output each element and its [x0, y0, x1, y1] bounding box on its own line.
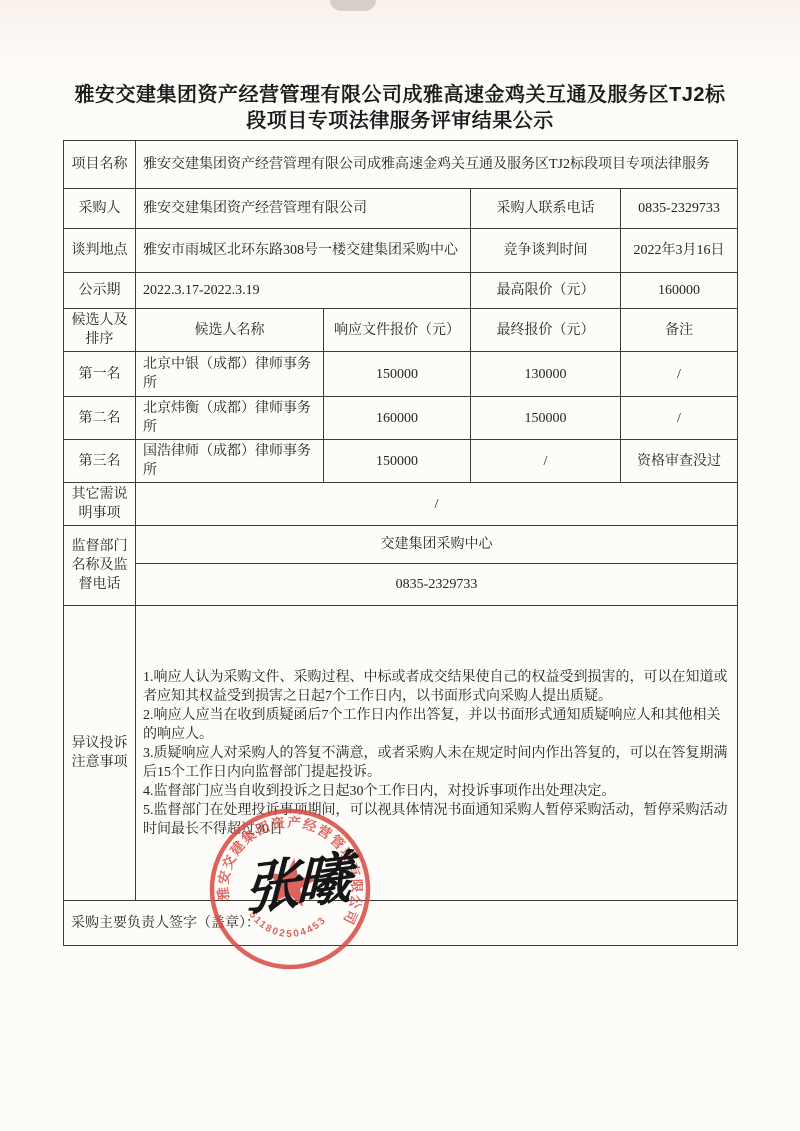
row-objection: 异议投诉注意事项 1.响应人认为采购文件、采购过程、中标或者成交结果使自己的权益… — [64, 606, 738, 901]
header-doc-price: 响应文件报价（元） — [324, 309, 471, 352]
row-other-notes: 其它需说明事项 / — [64, 483, 738, 526]
project-label: 项目名称 — [64, 141, 136, 189]
signature-row-label: 采购主要负责人签字（盖章）： — [64, 901, 738, 946]
header-final-price: 最终报价（元） — [471, 309, 621, 352]
row-signature: 采购主要负责人签字（盖章）： — [64, 901, 738, 946]
supervision-phone: 0835-2329733 — [136, 564, 738, 606]
objection-item-2: 2.响应人应当在收到质疑函后7个工作日内作出答复，并以书面形式通知质疑响应人和其… — [143, 706, 730, 744]
candidate-row-3: 第三名 国浩律师（成都）律师事务所 150000 / 资格审查没过 — [64, 440, 738, 483]
header-candidate-name: 候选人名称 — [136, 309, 324, 352]
objection-label: 异议投诉注意事项 — [64, 606, 136, 901]
candidate-doc-price: 150000 — [324, 440, 471, 483]
title-line-2: 段项目专项法律服务评审结果公示 — [40, 108, 760, 134]
candidate-doc-price: 150000 — [324, 352, 471, 397]
candidate-rank: 第一名 — [64, 352, 136, 397]
candidate-name: 北京炜衡（成都）律师事务所 — [136, 397, 324, 440]
row-supervision-phone: 0835-2329733 — [64, 564, 738, 606]
scan-artifact — [330, 0, 376, 11]
candidate-rank: 第三名 — [64, 440, 136, 483]
title-line-1: 雅安交建集团资产经营管理有限公司成雅高速金鸡关互通及服务区TJ2标 — [40, 82, 760, 108]
objection-text: 1.响应人认为采购文件、采购过程、中标或者成交结果使自己的权益受到损害的，可以在… — [136, 606, 738, 901]
publicity-label: 公示期 — [64, 273, 136, 309]
negotiation-time: 2022年3月16日 — [621, 229, 738, 273]
candidate-remark: / — [621, 352, 738, 397]
candidate-remark: / — [621, 397, 738, 440]
negotiation-label: 谈判地点 — [64, 229, 136, 273]
price-limit-value: 160000 — [621, 273, 738, 309]
candidate-row-1: 第一名 北京中银（成都）律师事务所 150000 130000 / — [64, 352, 738, 397]
other-notes-label: 其它需说明事项 — [64, 483, 136, 526]
row-purchaser: 采购人 雅安交建集团资产经营管理有限公司 采购人联系电话 0835-232973… — [64, 189, 738, 229]
candidate-doc-price: 160000 — [324, 397, 471, 440]
candidate-name: 国浩律师（成都）律师事务所 — [136, 440, 324, 483]
price-limit-label: 最高限价（元） — [471, 273, 621, 309]
row-candidates-header: 候选人及排序 候选人名称 响应文件报价（元） 最终报价（元） 备注 — [64, 309, 738, 352]
other-notes-value: / — [136, 483, 738, 526]
document-page: 雅安交建集团资产经营管理有限公司成雅高速金鸡关互通及服务区TJ2标 段项目专项法… — [0, 0, 800, 1131]
purchaser-phone: 0835-2329733 — [621, 189, 738, 229]
candidate-final-price: / — [471, 440, 621, 483]
objection-item-3: 3.质疑响应人对采购人的答复不满意，或者采购人未在规定时间内作出答复的，可以在答… — [143, 744, 730, 782]
candidate-name: 北京中银（成都）律师事务所 — [136, 352, 324, 397]
supervision-dept: 交建集团采购中心 — [136, 526, 738, 564]
negotiation-place: 雅安市雨城区北环东路308号一楼交建集团采购中心 — [136, 229, 471, 273]
purchaser-phone-label: 采购人联系电话 — [471, 189, 621, 229]
candidate-final-price: 150000 — [471, 397, 621, 440]
candidate-remark: 资格审查没过 — [621, 440, 738, 483]
candidate-row-2: 第二名 北京炜衡（成都）律师事务所 160000 150000 / — [64, 397, 738, 440]
row-supervision-dept: 监督部门名称及监督电话 交建集团采购中心 — [64, 526, 738, 564]
objection-item-1: 1.响应人认为采购文件、采购过程、中标或者成交结果使自己的权益受到损害的，可以在… — [143, 668, 730, 706]
candidates-header-label: 候选人及排序 — [64, 309, 136, 352]
project-value: 雅安交建集团资产经营管理有限公司成雅高速金鸡关互通及服务区TJ2标段项目专项法律… — [136, 141, 738, 189]
supervision-label: 监督部门名称及监督电话 — [64, 526, 136, 606]
results-table: 项目名称 雅安交建集团资产经营管理有限公司成雅高速金鸡关互通及服务区TJ2标段项… — [63, 140, 738, 946]
row-negotiation: 谈判地点 雅安市雨城区北环东路308号一楼交建集团采购中心 竞争谈判时间 202… — [64, 229, 738, 273]
purchaser-label: 采购人 — [64, 189, 136, 229]
handwritten-signature: 张曦 — [244, 849, 348, 918]
negotiation-time-label: 竞争谈判时间 — [471, 229, 621, 273]
candidate-rank: 第二名 — [64, 397, 136, 440]
candidate-final-price: 130000 — [471, 352, 621, 397]
objection-item-5: 5.监督部门在处理投诉事项期间，可以视具体情况书面通知采购人暂停采购活动，暂停采… — [143, 801, 730, 839]
row-publicity: 公示期 2022.3.17-2022.3.19 最高限价（元） 160000 — [64, 273, 738, 309]
row-project: 项目名称 雅安交建集团资产经营管理有限公司成雅高速金鸡关互通及服务区TJ2标段项… — [64, 141, 738, 189]
publicity-period: 2022.3.17-2022.3.19 — [136, 273, 471, 309]
objection-item-4: 4.监督部门应当自收到投诉之日起30个工作日内，对投诉事项作出处理决定。 — [143, 782, 730, 801]
header-remark: 备注 — [621, 309, 738, 352]
purchaser-value: 雅安交建集团资产经营管理有限公司 — [136, 189, 471, 229]
page-title: 雅安交建集团资产经营管理有限公司成雅高速金鸡关互通及服务区TJ2标 段项目专项法… — [40, 82, 760, 134]
